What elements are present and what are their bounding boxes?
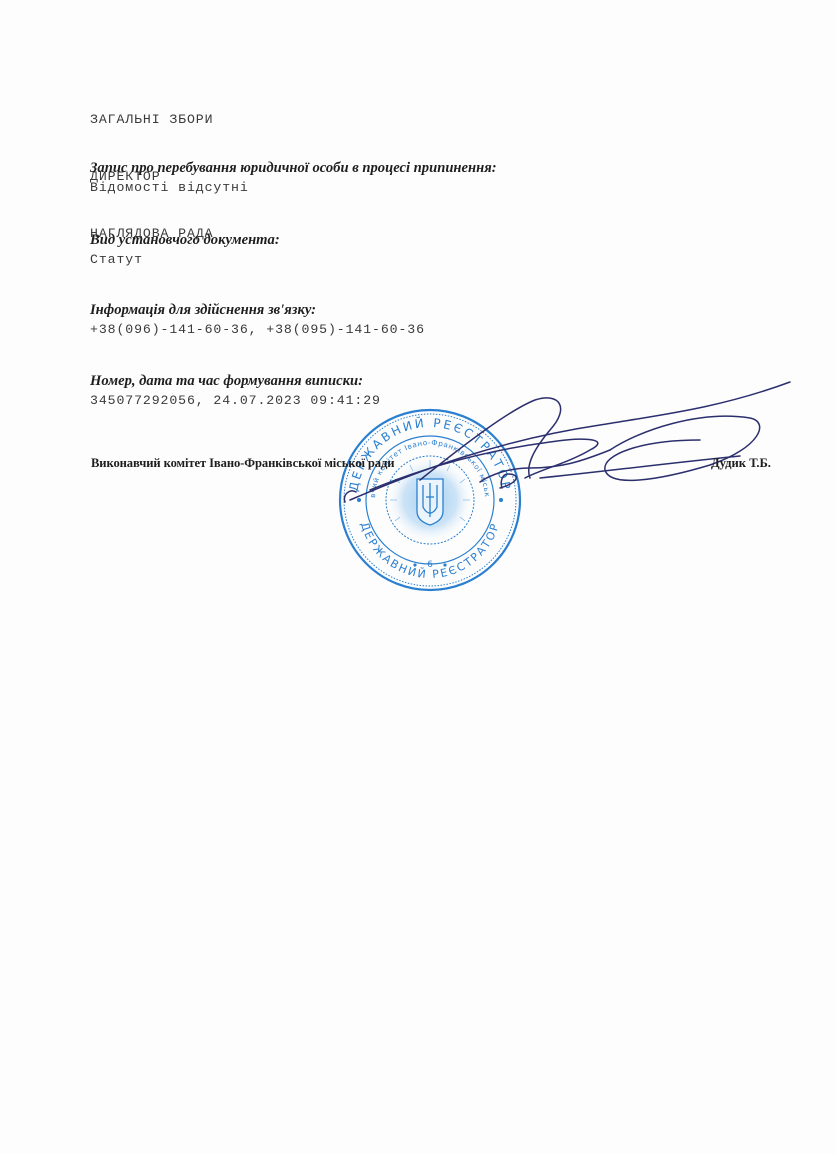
section-value: Статут	[90, 250, 280, 269]
section-label: Інформація для здійснення зв'язку:	[90, 301, 425, 320]
section-label: Номер, дата та час формування виписки:	[90, 372, 381, 391]
section-termination-record: Запис про перебування юридичної особи в …	[90, 159, 497, 197]
section-extract-number: Номер, дата та час формування виписки: 3…	[90, 372, 381, 410]
svg-text:6: 6	[427, 560, 433, 570]
section-value: +38(096)-141-60-36, +38(095)-141-60-36	[90, 320, 425, 339]
section-label: Вид установчого документа:	[90, 231, 280, 250]
section-contact-info: Інформація для здійснення зв'язку: +38(0…	[90, 301, 425, 339]
signatory-name: Дудик Т.Б.	[711, 456, 771, 471]
section-label: Запис про перебування юридичної особи в …	[90, 159, 497, 178]
governing-body: ЗАГАЛЬНІ ЗБОРИ	[90, 110, 213, 129]
issuing-organization: Виконавчий комітет Івано-Франківської мі…	[91, 456, 394, 471]
trident-icon	[417, 479, 443, 525]
section-founding-document: Вид установчого документа: Статут	[90, 231, 280, 269]
official-stamp: ДЕРЖАВНИЙ РЕЄСТРАТОР ДЕРЖАВНИЙ РЕЄСТРАТО…	[337, 407, 523, 593]
stamp-number: 6	[427, 560, 433, 570]
document-page: ЗАГАЛЬНІ ЗБОРИ ДИРЕКТОР НАГЛЯДОВА РАДА З…	[0, 0, 836, 1154]
section-value: Відомості відсутні	[90, 178, 497, 197]
